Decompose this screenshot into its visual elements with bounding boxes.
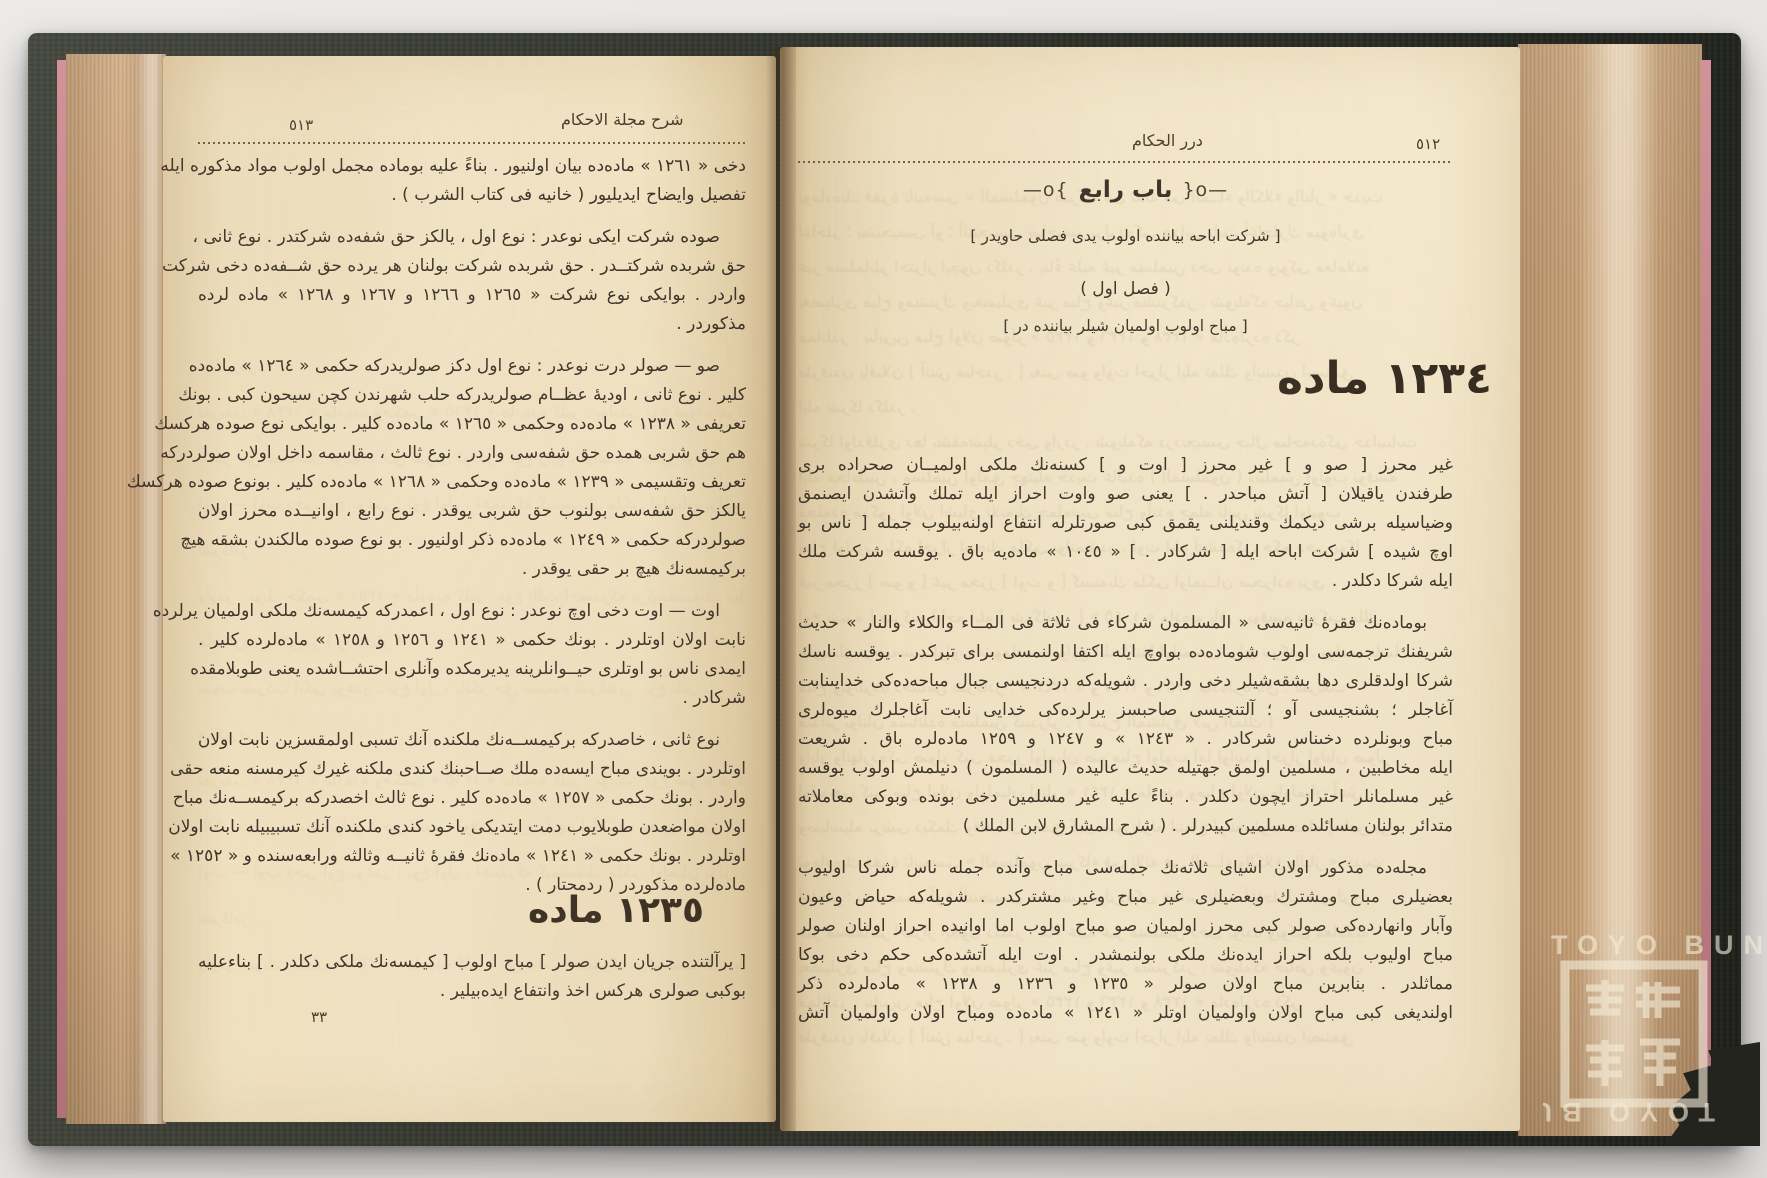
signature-number: ٣٣ [311, 1008, 327, 1026]
text-line: اولنديغى كبى مباح اولان واولميان اوتلر «… [798, 999, 1453, 1028]
text-line: يالكز حق شفەسى بولنوب حق شربى يوقدر . نو… [198, 497, 746, 526]
running-header-left: شرح مجلة الاحكام [561, 110, 684, 129]
text-line: اوتلردر . بونك حكمى « ١٢٤١ » مادەنك فقره… [198, 842, 746, 871]
text-line: تفصيل وايضاح ايديليور ( خانيه فى كتاب ال… [198, 181, 746, 210]
paragraph: [ يرآلتنده جريان ايدن صولر ] مباح اولوب … [198, 948, 746, 1006]
bleed-through-text: شركا اولدقلرى دها بشقەشيلر دخى واردر . ش… [798, 432, 1453, 451]
paragraph: مجلەده مذكور اولان اشياى ثلاثەنك جملەسى … [798, 854, 1453, 1028]
page-number-left: ٥١٣ [289, 116, 313, 134]
text-line: بومادەنك فقرهٔ ثانيەسى « المسلمون شركاء … [798, 609, 1453, 638]
header-rule [198, 142, 746, 144]
chapter-heading-text: باب رابع [1079, 177, 1173, 203]
article-heading-1235: ١٢٣٥ ماده [528, 890, 704, 931]
text-line: صو — صولر درت نوعدر : نوع اول دكز صولريد… [198, 352, 746, 381]
fore-edge-light-band [1578, 44, 1658, 1136]
fore-edge-sheen [66, 54, 166, 1124]
heading-ornament-left: —o{ [1023, 179, 1069, 201]
text-line: هم حق شربى همده حق شفەسى واردر . نوع ثال… [198, 439, 746, 468]
text-line: مباح اوليوب بلكه احراز ايدەنك ملكى بولنم… [798, 941, 1453, 970]
text-line: مماثلدر . بنابرين مباح اولان صولر « ١٢٣٥… [798, 970, 1453, 999]
page-number-right: ٥١٢ [1416, 135, 1440, 153]
fore-edge-sheen [1518, 44, 1702, 1136]
right-page: بومادەنك فقرهٔ ثانيەسى « المسلمون شركاء … [780, 47, 1520, 1131]
chapter-heading: —o{ باب رابع }o— [798, 177, 1453, 203]
text-line: ايله شركا دكلدر . [798, 567, 1453, 596]
text-line: شريفنك ترجمەسى اولوب شومادەده بواوچ ايله… [798, 638, 1453, 667]
text-line: اوت — اوت دخى اوچ نوعدر : نوع اول ، اعمد… [198, 597, 746, 626]
article-1235-text: [ يرآلتنده جريان ايدن صولر ] مباح اولوب … [198, 948, 746, 1019]
text-line: صوده شركت ايكى نوعدر : نوع اول ، يالكز ح… [198, 223, 746, 252]
text-line: دخى « ١٢٦١ » مادەده بيان اولنيور . بناءً… [198, 152, 746, 181]
text-line: وضياسيله برشى ديكمك وقنديلنى يقمق كبى صو… [798, 509, 1453, 538]
text-line: تعريف وتقسيمى « ١٢٣٩ » مادەده وحكمى « ١٢… [198, 468, 746, 497]
text-line: غير محرز [ صو و ] غير محرز [ اوت و ] كسن… [798, 451, 1453, 480]
text-line: بعضيلرى مباح ومشترك وبعضيلرى غير مباح وغ… [798, 883, 1453, 912]
text-line: مذكوردر . [198, 310, 746, 339]
text-line: [ يرآلتنده جريان ايدن صولر ] مباح اولوب … [198, 948, 746, 977]
text-line: نوع ثانى ، خاصدركه بركيمســەنك ملكنده آن… [198, 726, 746, 755]
text-line: صولردركه حكمى « ١٢٤٩ » مادەده ذكر اولنيو… [198, 526, 746, 555]
text-line: طرفندن ياقيلان [ آتش مباحدر . ] يعنى صو … [798, 480, 1453, 509]
section-heading: ( فصل اول ) [798, 279, 1453, 299]
text-line: شركادر . [198, 684, 746, 713]
text-line: بوكبى صولرى هركس اخذ وانتفاع ايدەبيلير . [198, 977, 746, 1006]
paragraph: نوع ثانى ، خاصدركه بركيمســەنك ملكنده آن… [198, 726, 746, 900]
bleed-through-text: غير مسلمانلر احتراز ايچون دكلدر . بناءً … [798, 257, 1453, 276]
section-subtitle: [ مباح اولوب اولميان شيلر بياننده در ] [798, 317, 1453, 335]
header-rule [798, 161, 1453, 163]
text-line: واردر . بوايكى نوع شركت « ١٢٦٥ و ١٢٦٦ و … [198, 281, 746, 310]
running-header-right: درر الحكام [1132, 131, 1203, 150]
text-line: اولان مواضعدن طوبلايوب دمت ايتديكى ياخود… [198, 813, 746, 842]
text-line: حق شربده شركتــدر . حق شربده شركت بولنان… [198, 252, 746, 281]
text-line: بركيمسەنك هيچ بر حقى يوقدر . [198, 555, 746, 584]
text-line: متدائر بولنان مسائلده مسلمين كبيدرلر . (… [798, 812, 1453, 841]
page-block-fore-edge-right [1518, 44, 1702, 1136]
text-line: غير مسلمانلر احتراز ايچون دكلدر . بناءً … [798, 783, 1453, 812]
article-heading-1234: ١٢٣٤ ماده [1277, 353, 1492, 404]
paragraph: دخى « ١٢٦١ » مادەده بيان اولنيور . بناءً… [198, 152, 746, 210]
left-page-body: دخى « ١٢٦١ » مادەده بيان اولنيور . بناءً… [198, 152, 746, 913]
heading-ornament-right: }o— [1182, 179, 1228, 201]
text-line: مباح وبونلرده دخىناس شركادر . « ١٢٤٣ » و… [798, 725, 1453, 754]
paragraph: بومادەنك فقرهٔ ثانيەسى « المسلمون شركاء … [798, 609, 1453, 841]
right-page-body: غير محرز [ صو و ] غير محرز [ اوت و ] كسن… [798, 451, 1453, 1041]
book-gutter [766, 47, 796, 1131]
left-page: مذكوردر .تعريفى « ١٢٣٨ » مادەده وحكمى « … [163, 56, 776, 1122]
fore-edge-light-band [136, 54, 166, 1124]
text-line: نابت اولان اوتلردر . بونك حكمى « ١٢٤١ و … [198, 626, 746, 655]
chapter-subtitle: [ شركت اباحه بياننده اولوب يدى فصلى حاوي… [798, 227, 1453, 245]
text-line: شركا اولدقلرى دها بشقەشيلر دخى واردر . ش… [798, 667, 1453, 696]
page-block-fore-edge-left [66, 54, 166, 1124]
text-line: مجلەده مذكور اولان اشياى ثلاثەنك جملەسى … [798, 854, 1453, 883]
paragraph: صو — صولر درت نوعدر : نوع اول دكز صولريد… [198, 352, 746, 584]
page-edge-tint-right [1701, 60, 1711, 1118]
text-line: اوچ شيده ] شركت اباحه ايله [ شركادر . ] … [798, 538, 1453, 567]
text-line: وآبار وانهاردەكى صولر كبى محرز اولميان ص… [798, 912, 1453, 941]
paragraph: صوده شركت ايكى نوعدر : نوع اول ، يالكز ح… [198, 223, 746, 339]
text-line: آغاجلر ؛ بشنجيسى آو ؛ آلتنجيسى صاحبسز ير… [798, 696, 1453, 725]
text-line: تعريفى « ١٢٣٨ » مادەده وحكمى « ١٢٦٥ » ما… [198, 410, 746, 439]
text-line: اوتلردر . بويندى مباح ايسەده ملك صــاحبن… [198, 755, 746, 784]
text-line: ايله مخاطبين ، مسلمين اولمق جهتيله حديث … [798, 754, 1453, 783]
photograph-of-open-book: مذكوردر .تعريفى « ١٢٣٨ » مادەده وحكمى « … [0, 0, 1767, 1178]
text-line: واردر . بونك حكمى « ١٢٥٧ » مادەده كلير .… [198, 784, 746, 813]
text-line: ايمدى ناس بو اوتلرى حيــوانلرينه يديرمكد… [198, 655, 746, 684]
paragraph: اوت — اوت دخى اوچ نوعدر : نوع اول ، اعمد… [198, 597, 746, 713]
text-line: كلير . نوع ثانى ، اوديهٔ عظــام صولريدرك… [198, 381, 746, 410]
paragraph: غير محرز [ صو و ] غير محرز [ اوت و ] كسن… [798, 451, 1453, 596]
